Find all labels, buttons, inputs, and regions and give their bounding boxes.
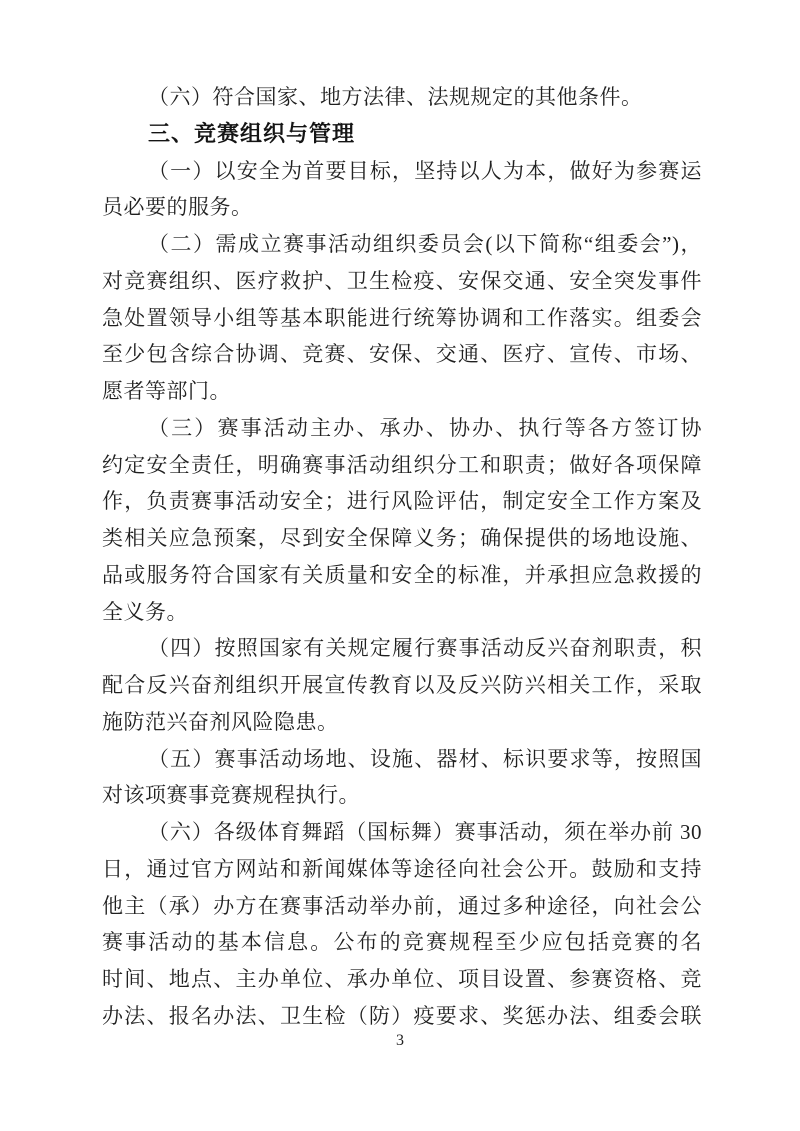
document-line: （三）赛事活动主办、承办、协办、执行等各方签订协议， bbox=[102, 410, 702, 447]
document-line: （一）以安全为首要目标，坚持以人为本，做好为参赛运动 bbox=[102, 153, 702, 190]
document-line: 时间、地点、主办单位、承办单位、项目设置、参赛资格、竞赛 bbox=[102, 961, 702, 998]
document-line: 全义务。 bbox=[102, 594, 702, 631]
document-line: （五）赛事活动场地、设施、器材、标识要求等，按照国家 bbox=[102, 741, 702, 778]
document-page: （六）符合国家、地方法律、法规规定的其他条件。三、竞赛组织与管理（一）以安全为首… bbox=[0, 0, 800, 1131]
document-line: 施防范兴奋剂风险隐患。 bbox=[102, 704, 702, 741]
document-body: （六）符合国家、地方法律、法规规定的其他条件。三、竞赛组织与管理（一）以安全为首… bbox=[102, 79, 702, 1035]
document-line: 他主（承）办方在赛事活动举办前，通过多种途径，向社会公开 bbox=[102, 888, 702, 925]
document-line: 愿者等部门。 bbox=[102, 373, 702, 410]
document-line: （二）需成立赛事活动组织委员会(以下简称“组委会”)， bbox=[102, 226, 702, 263]
document-line: 作，负责赛事活动安全；进行风险评估，制定安全工作方案及各 bbox=[102, 483, 702, 520]
page-number: 3 bbox=[0, 1032, 800, 1050]
document-line: 至少包含综合协调、竞赛、安保、交通、医疗、宣传、市场、志 bbox=[102, 336, 702, 373]
document-line: 急处置领导小组等基本职能进行统筹协调和工作落实。组委会应 bbox=[102, 300, 702, 337]
document-line: 配合反兴奋剂组织开展宣传教育以及反兴防兴相关工作，采取措 bbox=[102, 667, 702, 704]
document-line: 类相关应急预案，尽到安全保障义务；确保提供的场地设施、产 bbox=[102, 520, 702, 557]
document-line: 品或服务符合国家有关质量和安全的标准，并承担应急救援的安 bbox=[102, 557, 702, 594]
document-line: （六）符合国家、地方法律、法规规定的其他条件。 bbox=[102, 79, 702, 116]
document-line: 对竞赛组织、医疗救护、卫生检疫、安保交通、安全突发事件应 bbox=[102, 263, 702, 300]
document-line: 约定安全责任，明确赛事活动组织分工和职责；做好各项保障工 bbox=[102, 447, 702, 484]
document-line: 日，通过官方网站和新闻媒体等途径向社会公开。鼓励和支持其 bbox=[102, 851, 702, 888]
section-heading: 三、竞赛组织与管理 bbox=[102, 116, 702, 153]
document-line: 办法、报名办法、卫生检（防）疫要求、奖惩办法、组委会联系 bbox=[102, 998, 702, 1035]
document-line: 赛事活动的基本信息。公布的竞赛规程至少应包括竞赛的名称、 bbox=[102, 924, 702, 961]
document-line: 对该项赛事竞赛规程执行。 bbox=[102, 777, 702, 814]
document-line: 员必要的服务。 bbox=[102, 189, 702, 226]
document-line: （六）各级体育舞蹈（国标舞）赛事活动，须在举办前 30 bbox=[102, 814, 702, 851]
document-line: （四）按照国家有关规定履行赛事活动反兴奋剂职责，积极 bbox=[102, 630, 702, 667]
